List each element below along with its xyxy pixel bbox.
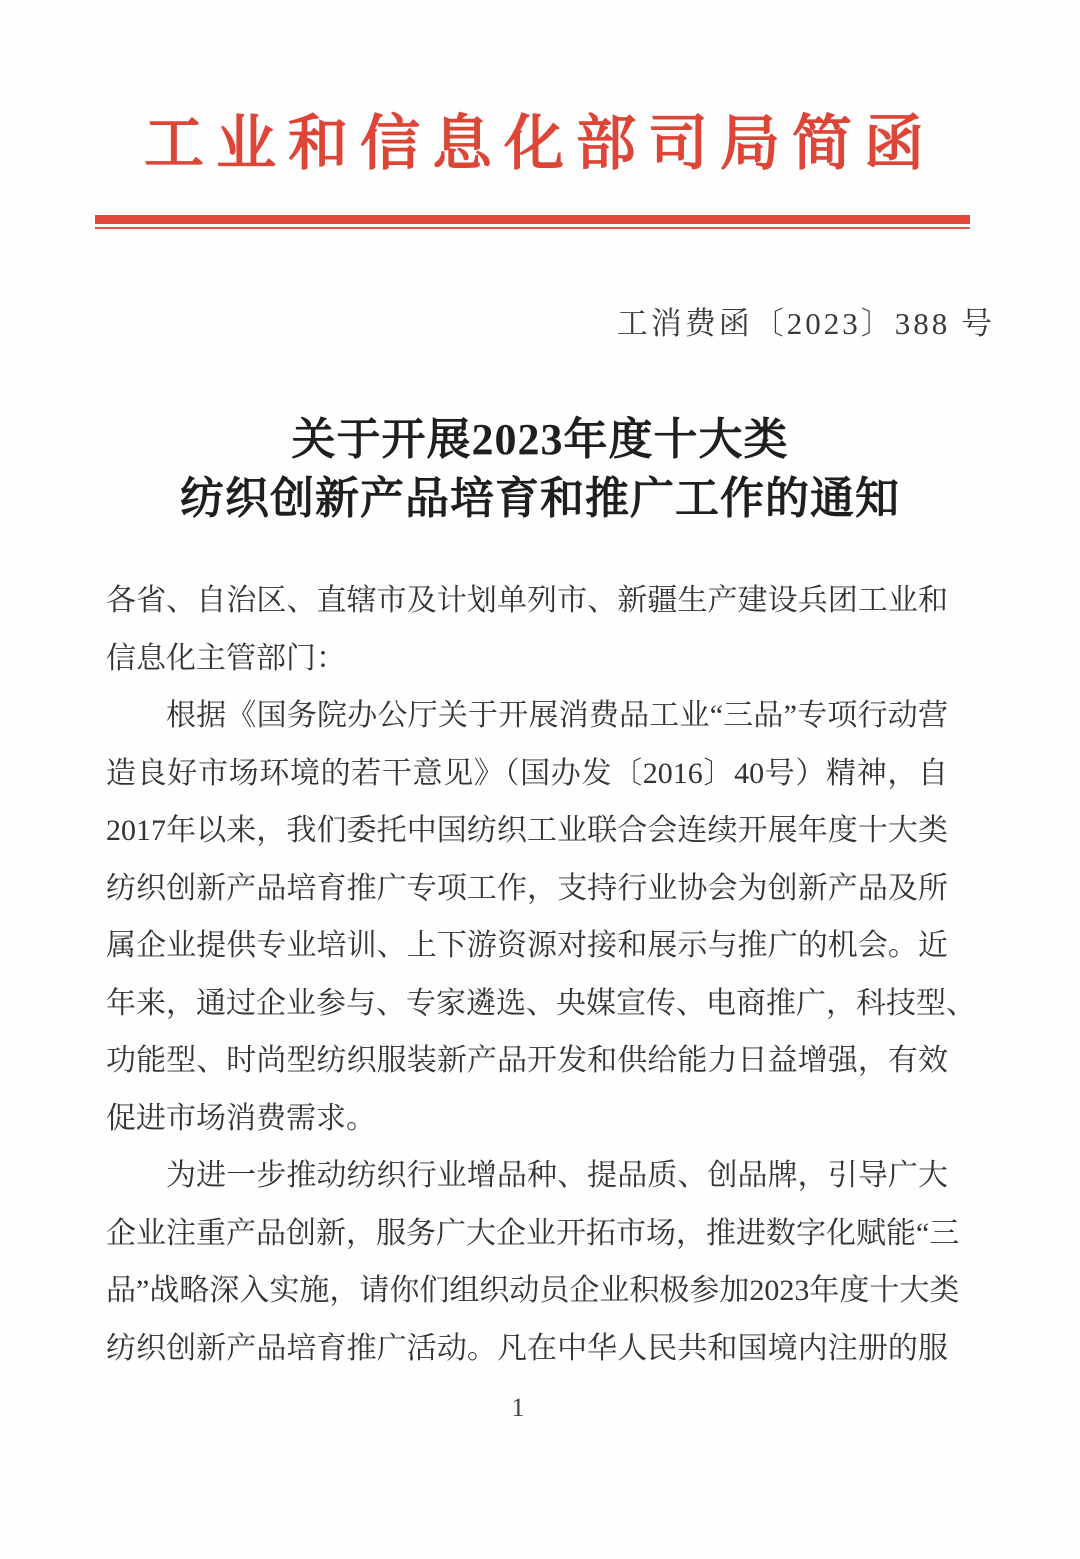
letterhead-rule-thick [95, 215, 970, 224]
document-title-line1: 关于开展2023年度十大类 [0, 410, 1080, 469]
letterhead-rule-thin [95, 227, 970, 229]
body-line: 促进市场消费需求。 [106, 1090, 948, 1148]
body-line: 属企业提供专业培训、上下游资源对接和展示与推广的机会。近 [106, 917, 948, 975]
body-line: 纺织创新产品培育推广活动。凡在中华人民共和国境内注册的服 [106, 1320, 948, 1378]
body-line: 纺织创新产品培育推广专项工作，支持行业协会为创新产品及所 [106, 860, 948, 918]
body-line: 2017年以来，我们委托中国纺织工业联合会连续开展年度十大类 [106, 802, 948, 860]
body-line: 信息化主管部门： [106, 630, 948, 688]
document-page: 工业和信息化部司局简函 工消费函〔2023〕388 号 关于开展2023年度十大… [0, 0, 1080, 1559]
body-line: 功能型、时尚型纺织服装新产品开发和供给能力日益增强，有效 [106, 1032, 948, 1090]
body-line: 根据《国务院办公厅关于开展消费品工业“三品”专项行动营 [106, 687, 948, 745]
doc-number: 工消费函〔2023〕388 号 [617, 303, 995, 345]
document-title: 关于开展2023年度十大类 纺织创新产品培育和推广工作的通知 [0, 410, 1080, 528]
body-line: 造良好市场环境的若干意见》（国办发〔2016〕40号）精神，自 [106, 745, 948, 803]
body-line: 各省、自治区、直辖市及计划单列市、新疆生产建设兵团工业和 [106, 572, 948, 630]
body-line: 为进一步推动纺织行业增品种、提品质、创品牌，引导广大 [106, 1147, 948, 1205]
page-number: 1 [0, 1390, 1036, 1426]
document-body: 各省、自治区、直辖市及计划单列市、新疆生产建设兵团工业和 信息化主管部门： 根据… [106, 572, 948, 1377]
body-line: 年来，通过企业参与、专家遴选、央媒宣传、电商推广，科技型、 [106, 975, 948, 1033]
body-line: 品”战略深入实施，请你们组织动员企业积极参加2023年度十大类 [106, 1262, 948, 1320]
document-title-line2: 纺织创新产品培育和推广工作的通知 [0, 469, 1080, 528]
body-line: 企业注重产品创新，服务广大企业开拓市场，推进数字化赋能“三 [106, 1205, 948, 1263]
letterhead-title: 工业和信息化部司局简函 [0, 108, 1080, 180]
